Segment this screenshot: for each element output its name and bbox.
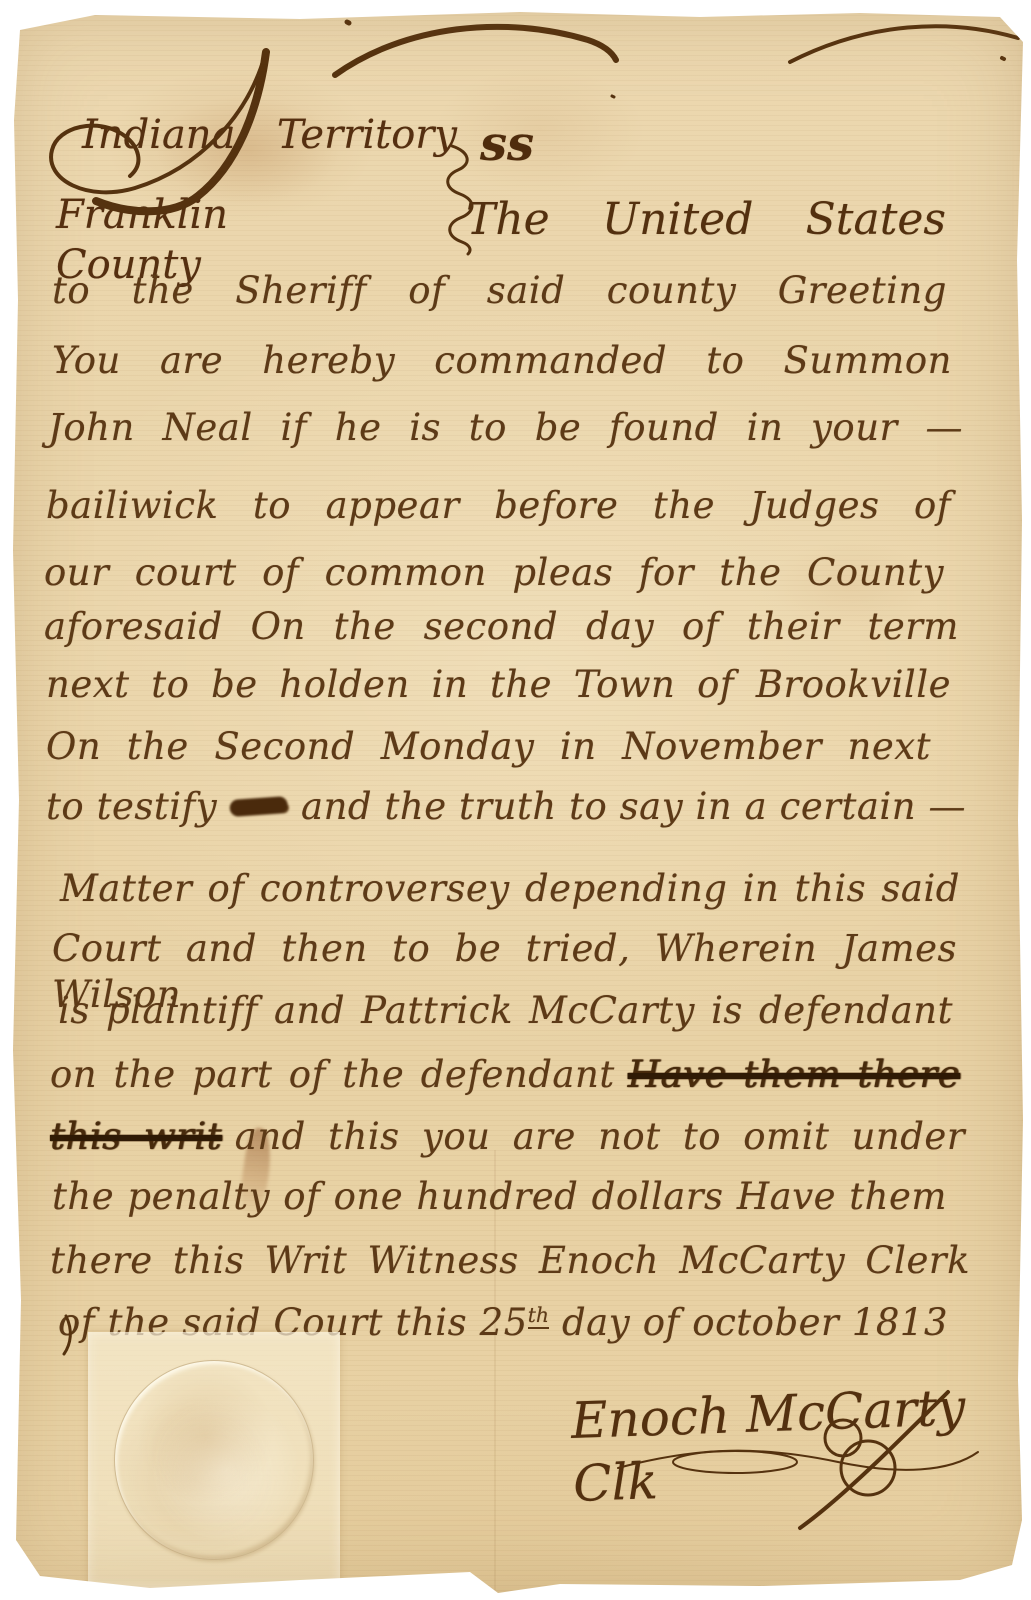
writ-line-6: aforesaid On the second day of their ter…	[44, 604, 959, 650]
top-flourish	[335, 27, 616, 75]
seal-paper-patch	[88, 1332, 340, 1588]
writ-line-2: You are hereby commanded to Summon	[52, 338, 952, 384]
top-right-flourish	[790, 26, 1018, 62]
writ-line-14-text: and this you are not to omit under	[235, 1115, 965, 1158]
manuscript-paper: Indiana Territory ss Franklin County The…	[0, 0, 1031, 1600]
ss-mark: ss	[480, 114, 534, 174]
writ-line-12: is plaintiff and Pattrick McCarty is def…	[58, 988, 953, 1034]
scribbled-out-word	[229, 796, 288, 817]
ordinal-superscript: th	[528, 1303, 549, 1329]
ink-speck	[1002, 58, 1004, 59]
writ-line-9: to testifyand the truth to say in a cert…	[46, 784, 966, 830]
struck-out-text: Have them there	[628, 1053, 960, 1096]
writ-line-13: on the part of the defendantHave them th…	[50, 1052, 960, 1098]
territory-heading: Indiana Territory	[82, 110, 457, 160]
embossed-seal	[114, 1360, 314, 1560]
writ-line-10: Matter of controversey depending in this…	[60, 866, 960, 912]
writ-line-15: the penalty of one hundred dollars Have …	[52, 1174, 947, 1220]
writ-date-post: day of october 1813	[562, 1301, 948, 1344]
writ-line-13-text: on the part of the defendant	[50, 1053, 615, 1096]
writ-line-9-text: to testify	[46, 785, 217, 828]
writ-line-5: our court of common pleas for the County	[44, 550, 944, 596]
writ-line-16: there this Writ Witness Enoch McCarty Cl…	[50, 1238, 970, 1284]
writ-line-3: John Neal if he is to be found in your —	[48, 405, 963, 451]
writ-line-7: next to be holden in the Town of Brookvi…	[46, 662, 951, 708]
photo-background: Indiana Territory ss Franklin County The…	[0, 0, 1031, 1600]
case-style-line: The United States	[466, 192, 946, 247]
writ-line-8: On the Second Monday in November next	[46, 724, 931, 770]
clerk-signature: Enoch McCarty Clk	[570, 1374, 1031, 1515]
writ-line-1: to the Sheriff of said county Greeting	[52, 268, 947, 314]
writ-line-4: bailiwick to appear before the Judges of	[46, 483, 951, 529]
writ-line-14: this writand this you are not to omit un…	[50, 1114, 965, 1160]
struck-out-text: this writ	[50, 1115, 222, 1158]
writ-line-9-text: and the truth to say in a certain —	[301, 785, 966, 828]
ink-speck	[347, 22, 349, 23]
ink-speck	[612, 96, 614, 97]
